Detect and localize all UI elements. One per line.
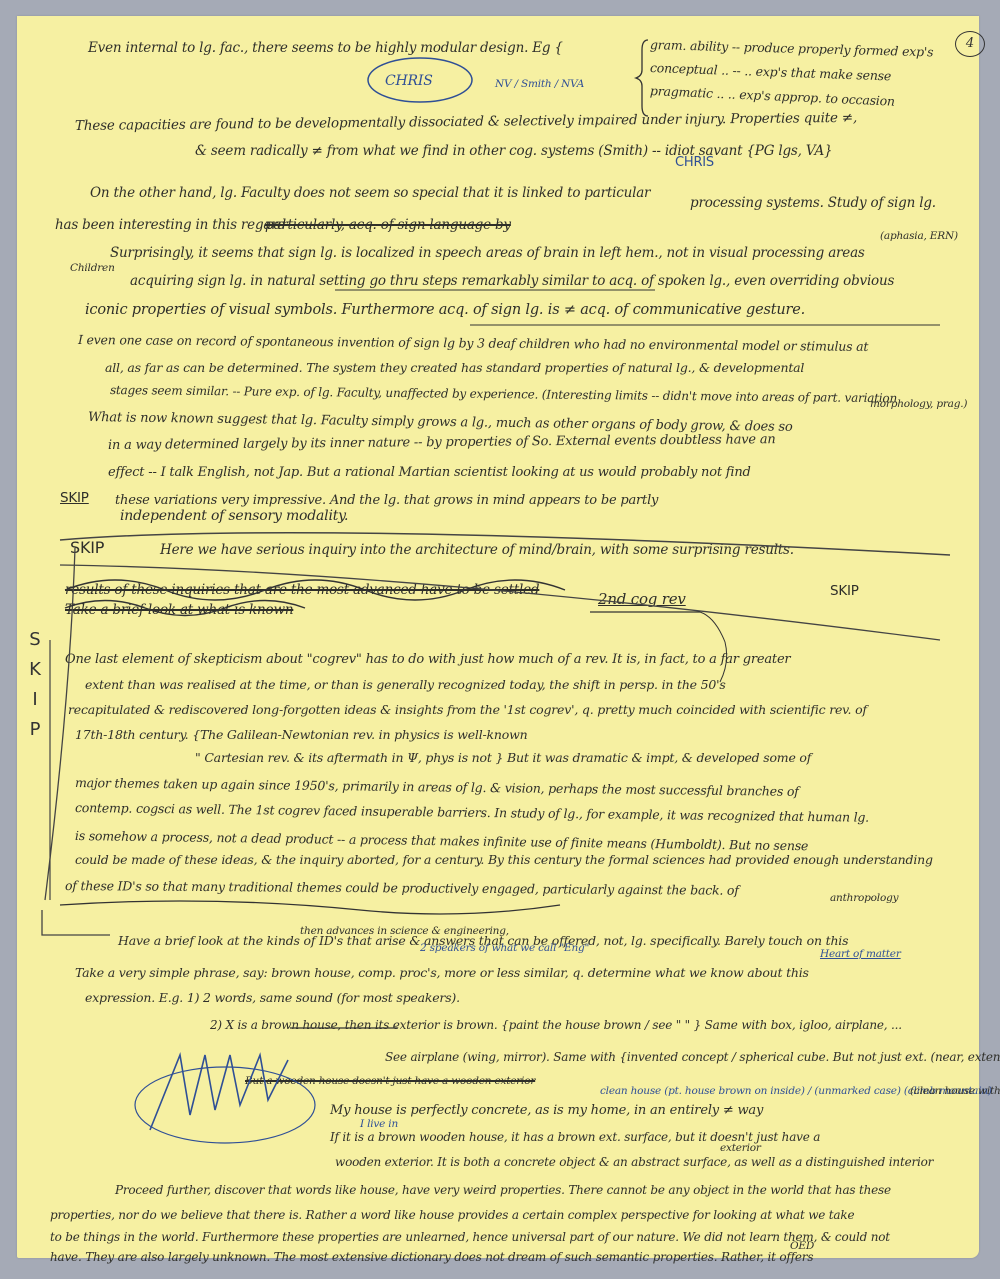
signature-outline [135,1067,315,1143]
signature-scribble [150,1055,288,1130]
circle-mark [368,58,472,102]
pen-strokes [0,0,1000,1279]
